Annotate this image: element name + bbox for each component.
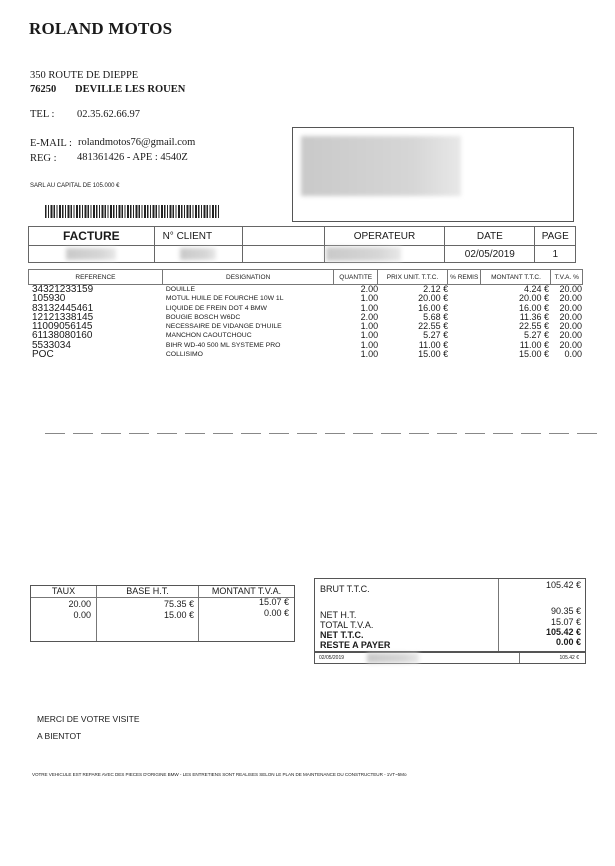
table-row: 34321233159DOUILLE2.002.12 €4.24 €20.00 [32, 285, 582, 294]
payment-row: 02/05/2019 105.42 € [314, 652, 586, 664]
recipient-address-box [292, 127, 574, 222]
vat-col-taux: TAUX [31, 586, 96, 596]
item-designation: NECESSAIRE DE VIDANGE D'HUILE [166, 322, 337, 331]
vat-row-2-taux: 0.00 [31, 610, 91, 620]
payment-amount: 105.42 € [560, 653, 579, 663]
net-ttc-value: 105.42 € [546, 627, 581, 637]
vat-row-1-montant: 15.07 € [199, 597, 289, 607]
brut-value: 105.42 € [546, 580, 581, 590]
col-prix-unit: PRIX UNIT. T.T.C. [378, 270, 448, 285]
totals-box: BRUT T.T.C. 105.42 € NET H.T. 90.35 € TO… [314, 578, 586, 652]
net-ht-label: NET H.T. [320, 610, 356, 620]
redacted-address [301, 136, 461, 196]
separator-line [45, 433, 600, 434]
col-remise: % REMIS [448, 270, 481, 285]
vat-row-2-base: 15.00 € [97, 610, 194, 620]
table-row: POCCOLLISIMO1.0015.00 €15.00 €0.00 [32, 350, 582, 359]
item-designation: COLLISIMO [166, 350, 337, 359]
page-label: PAGE [535, 227, 576, 246]
facture-number [29, 246, 155, 263]
email-label: E-MAIL : [30, 138, 72, 149]
reg-label: REG : [30, 153, 57, 164]
item-reference: POC [32, 350, 166, 359]
date-label: DATE [445, 227, 535, 246]
table-row: 83132445461LIQUIDE DE FREIN DOT 4 BMW1.0… [32, 304, 582, 313]
item-discount [450, 331, 481, 340]
items-table: 34321233159DOUILLE2.002.12 €4.24 €20.001… [32, 285, 582, 359]
invoice-header-table: FACTURE N° CLIENT OPERATEUR DATE PAGE 02… [28, 226, 576, 263]
vat-col-montant: MONTANT T.V.A. [199, 586, 294, 596]
reg-value: 481361426 - APE : 4540Z [77, 152, 188, 163]
item-vat-rate: 0.00 [551, 350, 582, 359]
item-quantity: 1.00 [337, 350, 380, 359]
item-designation: BIHR WD-40 500 ML SYSTEME PRO [166, 341, 337, 350]
payment-date: 02/05/2019 [319, 653, 344, 663]
item-designation: LIQUIDE DE FREIN DOT 4 BMW [166, 304, 337, 313]
reste-value: 0.00 € [556, 637, 581, 647]
col-tva: T.V.A. % [551, 270, 583, 285]
col-reference: REFERENCE [29, 270, 163, 285]
thanks-text: MERCI DE VOTRE VISITE [37, 714, 140, 724]
operateur-value [324, 246, 444, 263]
tel-label: TEL : [30, 109, 54, 120]
vat-row-1-base: 75.35 € [97, 599, 194, 609]
postcode: 76250 [30, 84, 56, 95]
item-unit-price: 15.00 € [380, 350, 450, 359]
item-designation: BOUGIE BOSCH W6DC [166, 313, 337, 322]
item-discount [450, 285, 481, 294]
barcode [45, 205, 219, 218]
table-row: 11009056145NECESSAIRE DE VIDANGE D'HUILE… [32, 322, 582, 331]
email-value: rolandmotos76@gmail.com [78, 137, 195, 148]
client-label: N° CLIENT [154, 227, 242, 246]
reste-label: RESTE A PAYER [320, 640, 390, 650]
bmw-notice: VOTRE VEHICULE EST REPARE AVEC DES PIECE… [32, 772, 406, 777]
redacted-payment-method [367, 653, 419, 663]
tel-value: 02.35.62.66.97 [77, 109, 140, 120]
items-column-headers: REFERENCE DESIGNATION QUANTITE PRIX UNIT… [28, 269, 583, 285]
col-montant: MONTANT T.T.C. [481, 270, 551, 285]
address-line: 350 ROUTE DE DIEPPE [30, 70, 138, 81]
item-amount: 15.00 € [481, 350, 551, 359]
table-row: 12121338145BOUGIE BOSCH W6DC2.005.68 €11… [32, 313, 582, 322]
item-discount [450, 313, 481, 322]
bye-text: A BIENTOT [37, 731, 81, 741]
total-tva-value: 15.07 € [551, 617, 581, 627]
vat-col-base: BASE H.T. [97, 586, 198, 596]
date-value: 02/05/2019 [445, 246, 535, 263]
operateur-label: OPERATEUR [324, 227, 444, 246]
capital-text: SARL AU CAPITAL DE 105.000 € [30, 183, 120, 189]
net-ht-value: 90.35 € [551, 606, 581, 616]
client-number [154, 246, 242, 263]
table-row: 5533034BIHR WD-40 500 ML SYSTEME PRO1.00… [32, 341, 582, 350]
page-value: 1 [535, 246, 576, 263]
company-name: ROLAND MOTOS [29, 19, 172, 39]
item-designation: DOUILLE [166, 285, 337, 294]
table-row: 105930MOTUL HUILE DE FOURCHE 10W 1L1.002… [32, 294, 582, 303]
item-discount [450, 341, 481, 350]
total-tva-label: TOTAL T.V.A. [320, 620, 373, 630]
table-row: 61138080160MANCHON CAOUTCHOUC1.005.27 €5… [32, 331, 582, 340]
net-ttc-label: NET T.T.C. [320, 630, 364, 640]
vat-summary-box: TAUX BASE H.T. MONTANT T.V.A. 20.00 75.3… [30, 585, 295, 642]
item-designation: MOTUL HUILE DE FOURCHE 10W 1L [166, 294, 337, 303]
item-discount [450, 294, 481, 303]
item-discount [450, 350, 481, 359]
brut-label: BRUT T.T.C. [320, 584, 370, 594]
item-discount [450, 322, 481, 331]
vat-row-2-montant: 0.00 € [199, 608, 289, 618]
col-quantite: QUANTITE [334, 270, 378, 285]
vat-row-1-taux: 20.00 [31, 599, 91, 609]
city: DEVILLE LES ROUEN [75, 84, 185, 95]
item-discount [450, 304, 481, 313]
col-designation: DESIGNATION [162, 270, 333, 285]
item-designation: MANCHON CAOUTCHOUC [166, 331, 337, 340]
facture-label: FACTURE [29, 227, 155, 246]
